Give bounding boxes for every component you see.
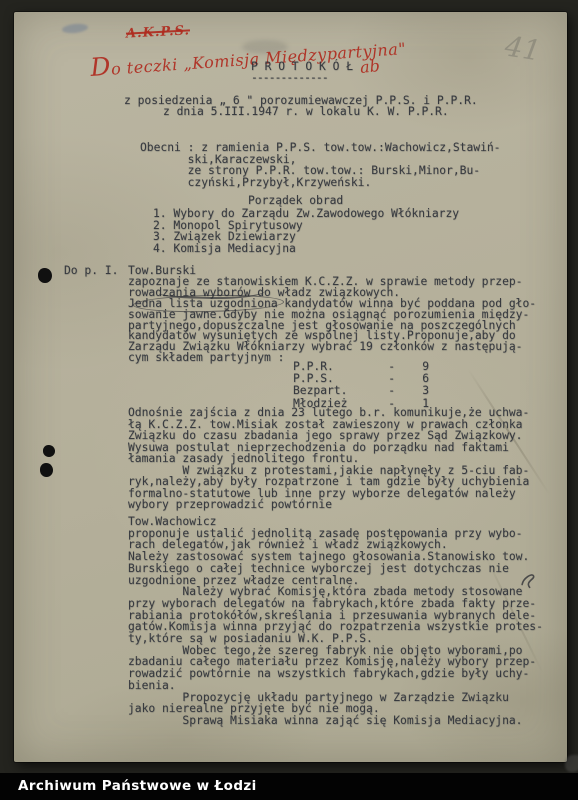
session-line-2: z dnia 5.III.1947 r. w lokalu K. W. P.P.… — [163, 107, 449, 118]
punch-hole — [38, 268, 52, 283]
point-one-label: Do p. I. — [64, 266, 118, 277]
party-seat-breakdown: P.P.R. - 9 P.P.S. - 6 Bezpart. - 3 Młodz… — [293, 361, 429, 410]
agenda-heading: Porządek obrad — [248, 196, 343, 207]
red-side-initials: ab — [359, 56, 381, 77]
scanned-document-viewer: A.K.P.S. Do teczki „Komisja Międzypartyj… — [0, 0, 578, 800]
punch-hole — [43, 445, 55, 457]
burski-statement: Tow.Burski zapoznaje ze stanowiskiem K.C… — [128, 266, 536, 364]
title-underline: ------------- — [251, 73, 328, 84]
pencil-page-number: 41 — [503, 29, 543, 67]
punch-hole — [40, 463, 53, 477]
corner-smudge — [565, 755, 578, 772]
misiak-paragraph: Odnośnie zajścia z dnia 23 lutego b.r. k… — [128, 407, 529, 511]
archive-watermark-label: Archiwum Państwowe w Łodzi — [18, 778, 257, 794]
archive-watermark-bar: Archiwum Państwowe w Łodzi — [0, 773, 578, 800]
blue-ink-smudge — [62, 23, 89, 35]
wachowicz-statement: Tow.Wachowicz proponuje ustalić jednolit… — [128, 516, 543, 727]
attendees-list: Obecni : z ramienia P.P.S. tow.tow.:Wach… — [140, 142, 500, 189]
agenda-items: 1. Wybory do Zarządu Zw.Zawodowego Włókn… — [153, 208, 459, 255]
